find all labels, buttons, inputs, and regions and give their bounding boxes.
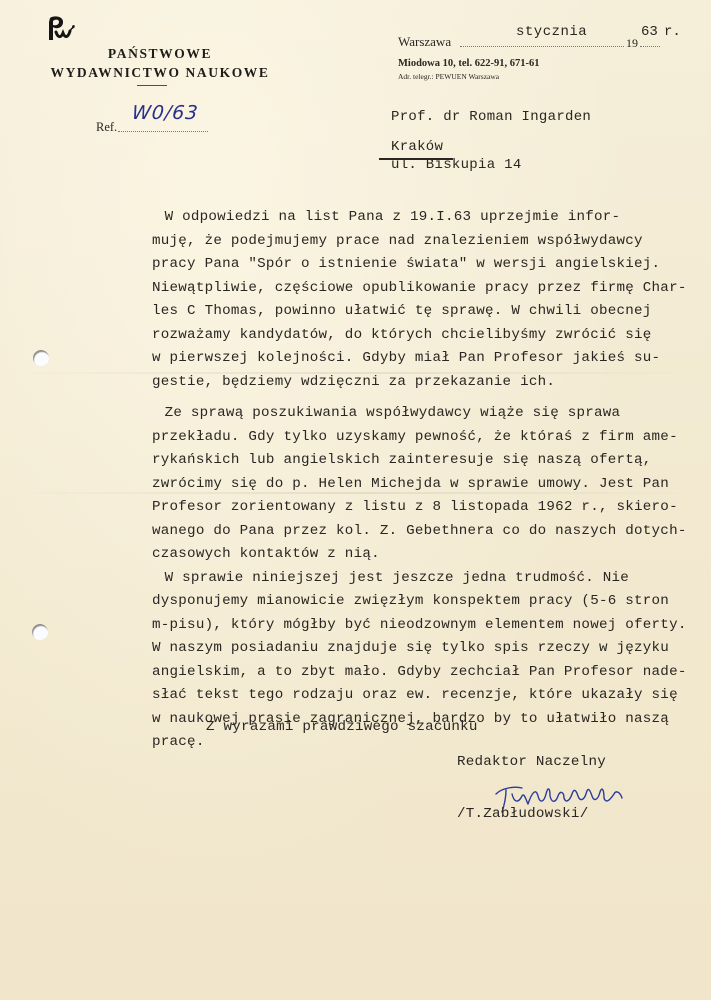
closing-phrase: Z wyrazami prawdziwego szacunku (206, 719, 478, 735)
body-line: zwrócimy się do p. Helen Michejda w spra… (152, 473, 711, 497)
body-line: w pierwszej kolejności. Gdyby miał Pan P… (152, 347, 711, 371)
reference-field: Ref. W0/63 (96, 116, 216, 136)
body-line: W naszym posiadaniu znajduje się tylko s… (152, 637, 711, 661)
reference-dotted-line (118, 131, 208, 132)
paragraph-gap (152, 394, 711, 402)
body-line: Niewątpliwie, częściowe opublikowanie pr… (152, 277, 711, 301)
publisher-name: PAŃSTWOWE WYDAWNICTWO NAUKOWE (40, 44, 280, 82)
body-line: muję, że podejmujemy prace nad znalezien… (152, 230, 711, 254)
body-line: W odpowiedzi na list Pana z 19.I.63 uprz… (112, 206, 711, 230)
body-line: angielskim, a to zbyt mało. Gdyby zechci… (152, 661, 711, 685)
year-dotted-line (640, 46, 660, 47)
body-line: pracy Pana "Spór o istnienie świata" w w… (152, 253, 711, 277)
place-city: Warszawa (398, 34, 451, 50)
recipient-block: Prof. dr Roman Ingarden Kraków ul. Bisku… (391, 107, 591, 127)
reference-label: Ref. (96, 120, 117, 135)
publisher-name-line1: PAŃSTWOWE (40, 44, 280, 63)
recipient-street: ul. Biskupia 14 (391, 155, 522, 175)
paragraph-2: Ze sprawą poszukiwania współwydawcy wiąż… (152, 402, 711, 567)
date-year: 63 (641, 24, 658, 40)
body-line: Profesor zorientowany z listu z 8 listop… (152, 496, 711, 520)
body-line: Ze sprawą poszukiwania współwydawcy wiąż… (112, 402, 711, 426)
signer-name: /T.Zabłudowski/ (457, 806, 588, 822)
body-line: les C Thomas, powinno ułatwić tę sprawę.… (152, 300, 711, 324)
recipient-city: Kraków (391, 137, 443, 157)
body-line: rykańskich lub angielskich zainteresuje … (152, 449, 711, 473)
body-line: gestie, będziemy wdzięczni za przekazani… (152, 371, 711, 395)
body-line: wanego do Pana przez kol. Z. Gebethnera … (152, 520, 711, 544)
pwn-logo-icon (44, 14, 80, 46)
publisher-name-line2: WYDAWNICTWO NAUKOWE (40, 63, 280, 82)
body-line: W sprawie niniejszej jest jeszcze jedna … (112, 567, 711, 591)
date-month: stycznia (516, 24, 587, 40)
body-line: rozważamy kandydatów, do których chcieli… (152, 324, 711, 348)
body-line: przekładu. Gdy tylko uzyskamy pewność, ż… (152, 426, 711, 450)
place-date-field: Warszawa stycznia 19 63 r. (398, 28, 688, 48)
telegraph-address: Adr. telegr.: PEWUEN Warszawa (398, 72, 499, 81)
letterhead-divider (137, 85, 167, 86)
date-century: 19 (626, 36, 638, 51)
body-line: m-pisu), który mógłby być nieodzownym el… (152, 614, 711, 638)
punch-hole-icon (32, 624, 48, 640)
recipient-name: Prof. dr Roman Ingarden (391, 107, 591, 127)
body-line: czasowych kontaktów z nią. (152, 543, 711, 567)
signer-title: Redaktor Naczelny (457, 754, 606, 770)
body-line: dysponujemy mianowicie zwięzłym konspekt… (152, 590, 711, 614)
paragraph-1: W odpowiedzi na list Pana z 19.I.63 uprz… (152, 206, 711, 394)
punch-hole-icon (33, 350, 49, 366)
reference-number: W0/63 (131, 102, 200, 124)
letter-body: W odpowiedzi na list Pana z 19.I.63 uprz… (152, 206, 711, 755)
publisher-address: Miodowa 10, tel. 622-91, 671-61 (398, 58, 539, 69)
date-year-suffix: r. (664, 24, 681, 40)
date-dotted-line (460, 46, 624, 47)
body-line: słać tekst tego rodzaju oraz ew. recenzj… (152, 684, 711, 708)
